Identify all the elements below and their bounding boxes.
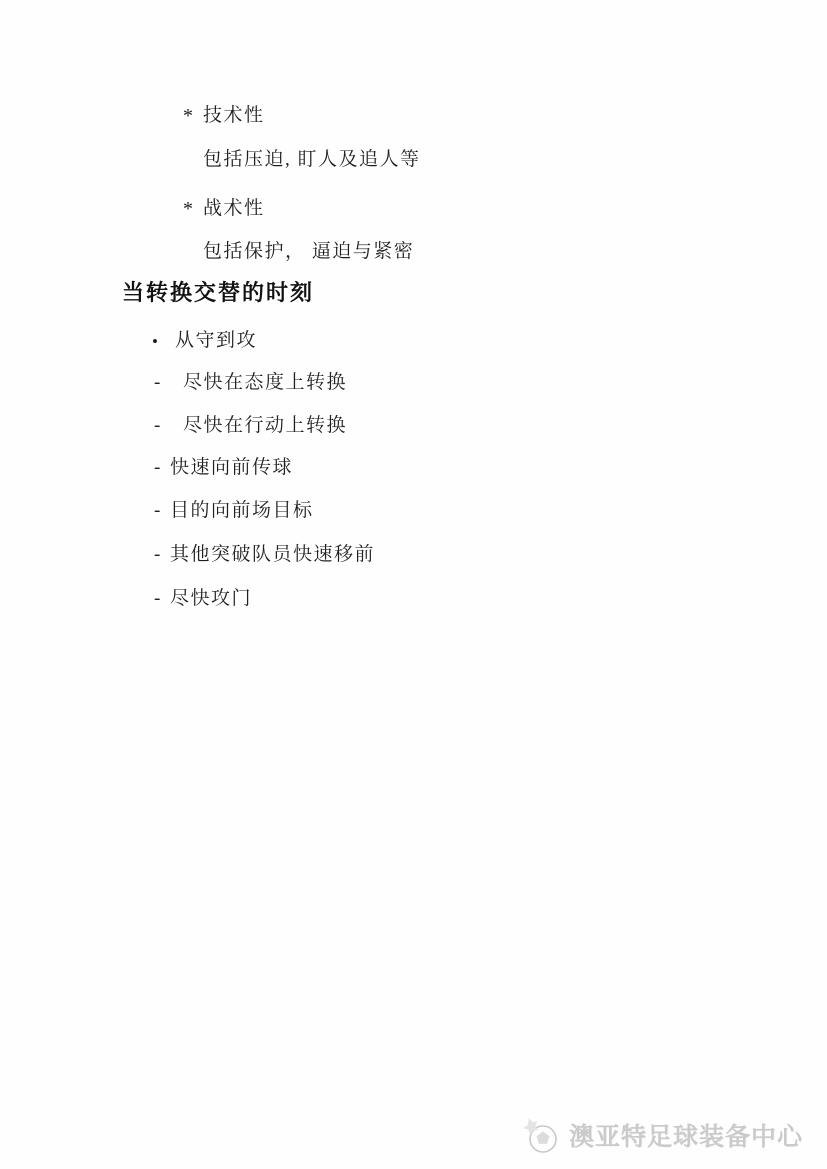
dash-item-text: 尽快攻门 xyxy=(170,587,252,611)
dash-item-text: 尽快在态度上转换 xyxy=(183,371,347,395)
bullet-marker: • xyxy=(152,329,175,354)
asterisk-marker: * xyxy=(183,104,203,128)
section-heading-text: 当转换交替的时刻 xyxy=(122,281,314,305)
dash-marker: - xyxy=(154,587,170,611)
dash-item: - 其他突破队员快速移前 xyxy=(154,543,375,567)
star-item-label: 技术性 xyxy=(203,104,265,128)
detail-text: 包括保护， 逼迫与紧密 xyxy=(203,240,414,264)
star-item-label: 战术性 xyxy=(203,197,265,221)
document-page: * 技术性 包括压迫, 盯人及追人等 * 战术性 包括保护， 逼迫与紧密 当转换… xyxy=(0,0,827,1169)
dash-item-text: 快速向前传球 xyxy=(170,456,293,480)
dash-item: - 尽快在态度上转换 xyxy=(154,371,347,395)
dash-marker: - xyxy=(154,414,183,438)
dash-item-text: 其他突破队员快速移前 xyxy=(170,543,375,567)
detail-text: 包括压迫, 盯人及追人等 xyxy=(203,148,421,172)
star-item-tactical: * 战术性 xyxy=(183,197,265,221)
watermark: 澳亚特足球装备中心 xyxy=(516,1111,803,1159)
section-heading: 当转换交替的时刻 xyxy=(122,281,314,305)
star-item-detail: 包括保护， 逼迫与紧密 xyxy=(203,240,414,264)
asterisk-marker: * xyxy=(183,197,203,221)
watermark-text: 澳亚特足球装备中心 xyxy=(569,1117,803,1153)
bullet-item-text: 从守到攻 xyxy=(175,329,257,353)
bullet-item: • 从守到攻 xyxy=(152,329,257,354)
dash-item: - 目的向前场目标 xyxy=(154,499,314,523)
dash-item: - 快速向前传球 xyxy=(154,456,293,480)
star-item-technical: * 技术性 xyxy=(183,104,265,128)
dash-marker: - xyxy=(154,456,170,480)
star-item-detail: 包括压迫, 盯人及追人等 xyxy=(203,148,421,172)
soccer-ball-icon xyxy=(516,1111,564,1159)
dash-item-text: 尽快在行动上转换 xyxy=(183,414,347,438)
dash-marker: - xyxy=(154,543,170,567)
dash-item: - 尽快在行动上转换 xyxy=(154,414,347,438)
dash-marker: - xyxy=(154,371,183,395)
dash-marker: - xyxy=(154,499,170,523)
dash-item: - 尽快攻门 xyxy=(154,587,252,611)
dash-item-text: 目的向前场目标 xyxy=(170,499,314,523)
